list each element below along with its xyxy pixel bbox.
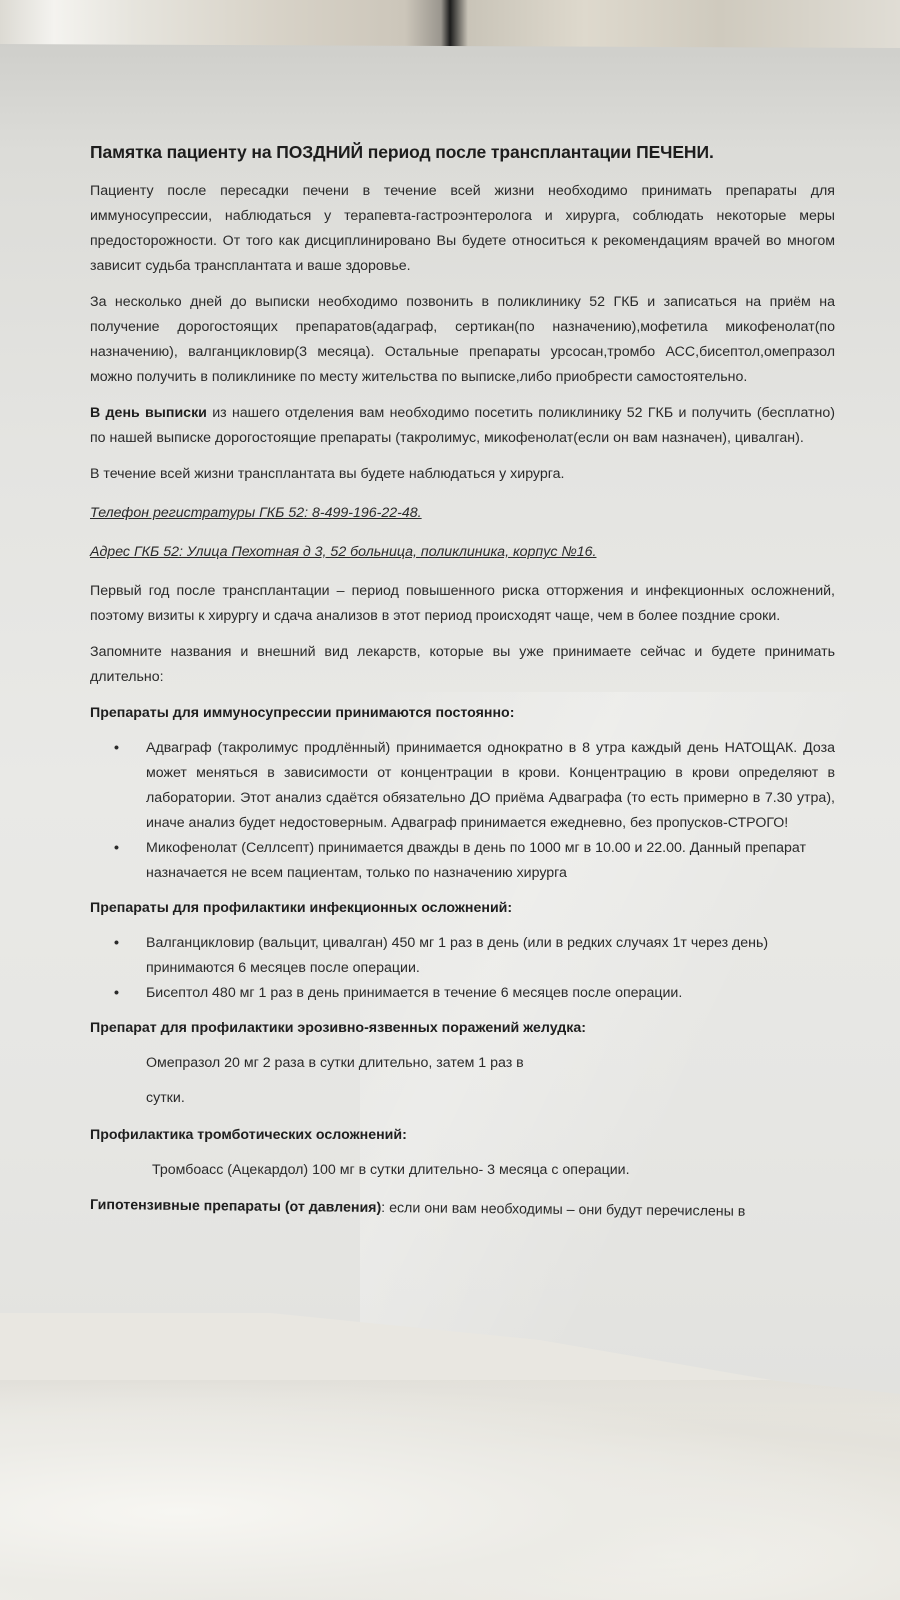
hypotensive-heading: Гипотензивные препараты (от давления) xyxy=(90,1197,381,1216)
document-body: Памятка пациенту на ПОЗДНИЙ период после… xyxy=(90,140,835,1218)
list-item: Валганцикловир (вальцит, цивалган) 450 м… xyxy=(146,931,835,981)
thromboass-line: Тромбоасс (Ацекардол) 100 мг в сутки дли… xyxy=(90,1158,835,1183)
list-item: Микофенолат (Селлсепт) принимается дважд… xyxy=(146,836,835,886)
discharge-day-paragraph: В день выписки из нашего отделения вам н… xyxy=(90,401,835,451)
infection-list: Валганцикловир (вальцит, цивалган) 450 м… xyxy=(90,931,835,1006)
list-item: Адваграф (такролимус продлённый) принима… xyxy=(146,736,835,836)
address-line: Адрес ГКБ 52: Улица Пехотная д 3, 52 бол… xyxy=(90,540,835,565)
first-year-paragraph: Первый год после трансплантации – период… xyxy=(90,579,835,629)
thrombo-heading: Профилактика тромботических осложнений: xyxy=(90,1123,835,1148)
surgeon-note: В течение всей жизни трансплантата вы бу… xyxy=(90,462,835,487)
background-fabric-bottom xyxy=(0,1380,900,1600)
phone-line: Телефон регистратуры ГКБ 52: 8-499-196-2… xyxy=(90,501,835,526)
remember-paragraph: Запомните названия и внешний вид лекарст… xyxy=(90,640,835,690)
hypotensive-text: : если они вам необходимы – они будут пе… xyxy=(381,1200,745,1220)
omeprazole-line-1: Омепразол 20 мг 2 раза в сутки длительно… xyxy=(90,1051,835,1076)
infection-heading: Препараты для профилактики инфекционных … xyxy=(90,896,835,921)
immuno-heading: Препараты для иммуносупрессии принимаютс… xyxy=(90,701,835,726)
list-item: Бисептол 480 мг 1 раз в день принимается… xyxy=(146,981,835,1006)
stomach-heading: Препарат для профилактики эрозивно-язвен… xyxy=(90,1016,835,1041)
immuno-list: Адваграф (такролимус продлённый) принима… xyxy=(90,736,835,886)
before-discharge-paragraph: За несколько дней до выписки необходимо … xyxy=(90,290,835,390)
document-title: Памятка пациенту на ПОЗДНИЙ период после… xyxy=(90,140,835,165)
discharge-day-label: В день выписки xyxy=(90,405,207,421)
intro-paragraph: Пациенту после пересадки печени в течени… xyxy=(90,179,835,279)
omeprazole-line-2: сутки. xyxy=(90,1086,835,1111)
